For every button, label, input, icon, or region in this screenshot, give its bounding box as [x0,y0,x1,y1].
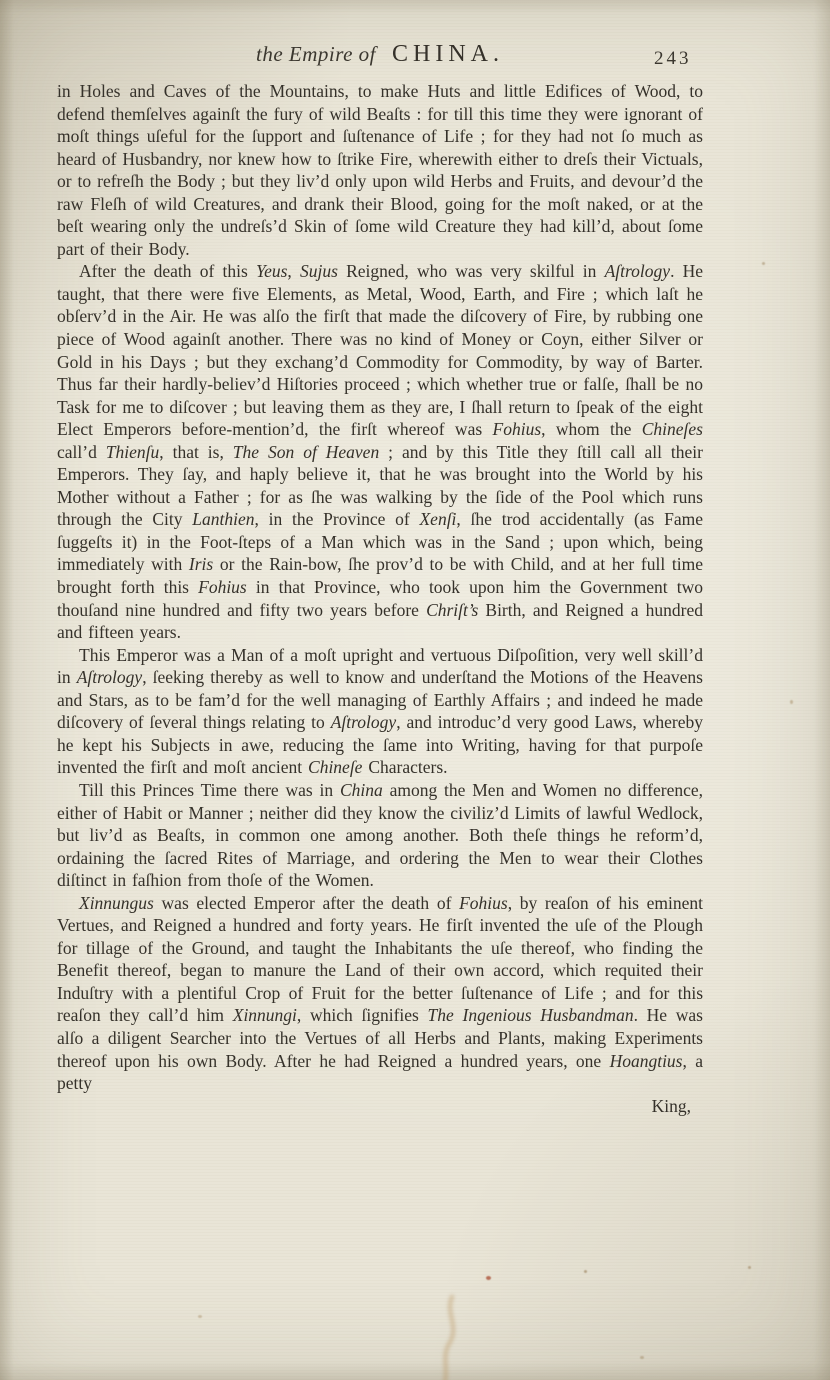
italic-text: Aſtrology [605,261,670,281]
paper-speck [748,1266,751,1269]
body-text: After the death of this [79,261,256,281]
running-title-caps: CHINA. [392,41,504,67]
italic-text: Thienſu [106,442,159,462]
italic-text: Hoangtius [610,1051,683,1071]
italic-text: Xinnungi [233,1005,297,1025]
body-text: , in the Province of [255,509,420,529]
body-text: , whom the [541,419,642,439]
catchword: King, [57,1095,703,1118]
text-block: in Holes and Caves of the Mountains, to … [57,80,703,1117]
italic-text: Chineſe [308,757,362,777]
italic-text: Xinnungus [79,893,154,913]
paper-speck [198,1315,202,1318]
italic-text: Iris [189,554,213,574]
paragraph: in Holes and Caves of the Mountains, to … [57,80,703,260]
italic-text: Chineſes [642,419,703,439]
paper-speck [584,1270,587,1273]
body-text: Characters. [362,757,447,777]
body-text: in Holes and Caves of the Mountains, to … [57,81,703,259]
italic-text: The Son of Heaven [233,442,379,462]
body-text: , [287,261,300,281]
paper-speck [640,1356,644,1359]
running-title-italic: the Empire of [256,42,376,66]
italic-text: Aſtrology [77,667,142,687]
body-text: call’d [57,442,106,462]
italic-text: Xenſi [419,509,456,529]
paragraph: Xinnungus was elected Emperor after the … [57,892,703,1095]
stain-mark [436,1294,470,1380]
italic-text: Fohius [493,419,542,439]
paper-speck [790,700,793,704]
page-number: 243 [654,48,692,70]
body-text: , which ſignifies [297,1005,428,1025]
italic-text: The Ingenious Husbandman [428,1005,634,1025]
body-text: was elected Emperor after the death of [154,893,459,913]
ink-speck [486,1276,491,1280]
body-text: . He taught, that there were five Elemen… [57,261,703,439]
italic-text: Aſtrology [331,712,396,732]
paper-speck [762,262,765,265]
paragraph: After the death of this Yeus, Sujus Reig… [57,260,703,643]
italic-text: Sujus [300,261,338,281]
paragraph: Till this Princes Time there was in Chin… [57,779,703,892]
body-text: , that is, [159,442,233,462]
paragraph: This Emperor was a Man of a moſt upright… [57,644,703,779]
italic-text: Lanthien [192,509,254,529]
italic-text: China [340,780,383,800]
italic-text: Yeus [256,261,287,281]
italic-text: Fohius [198,577,247,597]
italic-text: Chriſt’s [426,600,478,620]
book-page: the Empire of CHINA. 243 in Holes and Ca… [0,0,830,1380]
running-title: the Empire of CHINA. [57,41,703,68]
body-text: Till this Princes Time there was in [79,780,340,800]
body-text: Reigned, who was very skilful in [338,261,605,281]
italic-text: Fohius [459,893,508,913]
